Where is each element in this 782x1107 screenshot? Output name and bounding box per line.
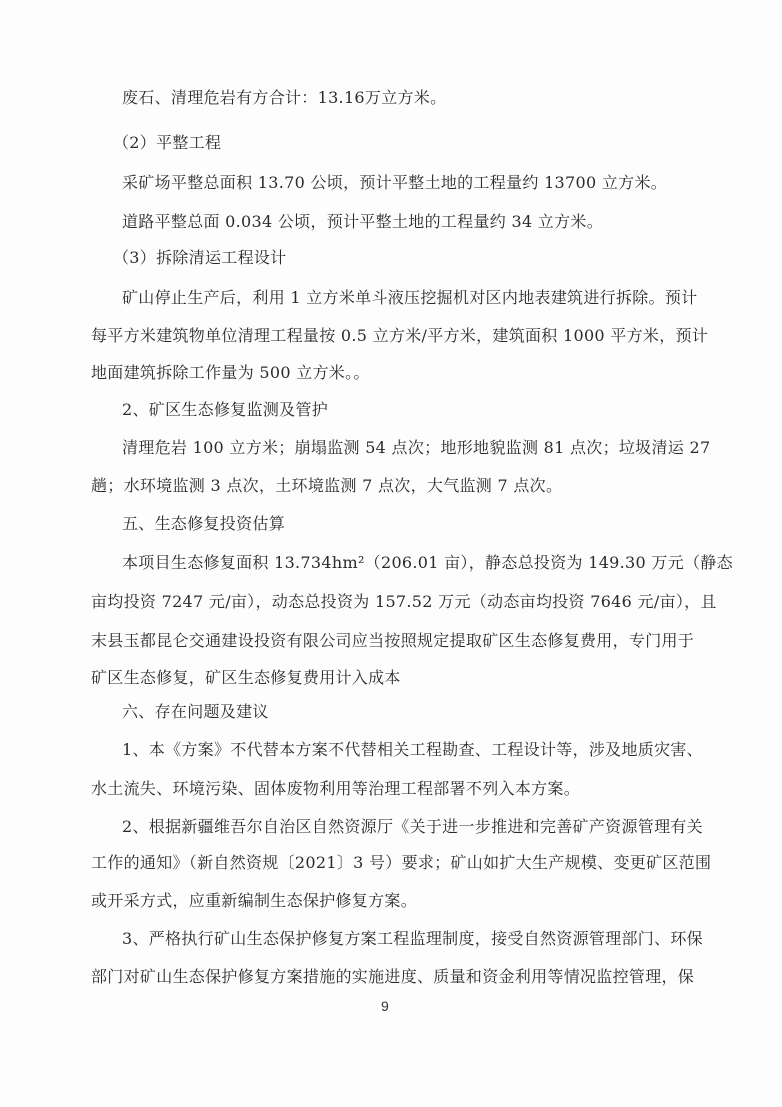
paragraph-line: 部门对矿山生态保护修复方案措施的实施进度、质量和资金利用等情况监控管理，保 bbox=[91, 967, 691, 987]
document-page: 废石、清理危岩有方合计：13.16万立方米。 （2）平整工程 采矿场平整总面积 … bbox=[0, 0, 782, 1107]
text-line-waste-rock-total: 废石、清理危岩有方合计：13.16万立方米。 bbox=[122, 88, 446, 108]
paragraph-line: 矿山停止生产后，利用 1 立方米单斗液压挖掘机对区内地表建筑进行拆除。预计 bbox=[122, 288, 691, 308]
page-number: 9 bbox=[381, 998, 389, 1014]
paragraph-line: 每平方米建筑物单位清理工程量按 0.5 立方米/平方米，建筑面积 1000 平方… bbox=[91, 326, 691, 346]
paragraph-line: 2、根据新疆维吾尔自治区自然资源厅《关于进一步推进和完善矿产资源管理有关 bbox=[122, 817, 691, 837]
section-heading-issues: 六、存在问题及建议 bbox=[122, 702, 269, 722]
paragraph-line: 或开采方式，应重新编制生态保护修复方案。 bbox=[91, 891, 417, 911]
paragraph-line: 末县玉都昆仑交通建设投资有限公司应当按照规定提取矿区生态修复费用，专门用于 bbox=[91, 631, 691, 651]
paragraph-line: 1、本《方案》不代替本方案不代替相关工程勘查、工程设计等，涉及地质灾害、 bbox=[122, 740, 691, 760]
section-heading-investment: 五、生态修复投资估算 bbox=[122, 514, 285, 534]
paragraph-line: 本项目生态修复面积 13.734hm²（206.01 亩），静态总投资为 149… bbox=[122, 553, 691, 573]
paragraph-line: 清理危岩 100 立方米；崩塌监测 54 点次；地形地貌监测 81 点次；垃圾清… bbox=[122, 438, 691, 458]
paragraph-line: 矿区生态修复，矿区生态修复费用计入成本 bbox=[91, 668, 401, 688]
section-heading-demolition: （3）拆除清运工程设计 bbox=[113, 248, 286, 268]
section-heading-leveling: （2）平整工程 bbox=[113, 133, 221, 153]
text-line-mine-leveling: 采矿场平整总面积 13.70 公顷，预计平整土地的工程量约 13700 立方米。 bbox=[122, 173, 667, 193]
section-heading-monitoring: 2、矿区生态修复监测及管护 bbox=[122, 400, 328, 420]
paragraph-line: 趟；水环境监测 3 点次，土环境监测 7 点次，大气监测 7 点次。 bbox=[91, 476, 562, 496]
paragraph-line: 亩均投资 7247 元/亩），动态总投资为 157.52 万元（动态亩均投资 7… bbox=[91, 592, 691, 612]
paragraph-line: 3、严格执行矿山生态保护修复方案工程监理制度，接受自然资源管理部门、环保 bbox=[122, 929, 691, 949]
paragraph-line: 工作的通知》（新自然资规〔2021〕3 号）要求；矿山如扩大生产规模、变更矿区范… bbox=[91, 853, 691, 873]
paragraph-line: 地面建筑拆除工作量为 500 立方米。。 bbox=[91, 363, 370, 383]
text-line-road-leveling: 道路平整总面 0.034 公顷，预计平整土地的工程量约 34 立方米。 bbox=[122, 212, 603, 232]
paragraph-line: 水土流失、环境污染、固体废物利用等治理工程部署不列入本方案。 bbox=[91, 779, 580, 799]
